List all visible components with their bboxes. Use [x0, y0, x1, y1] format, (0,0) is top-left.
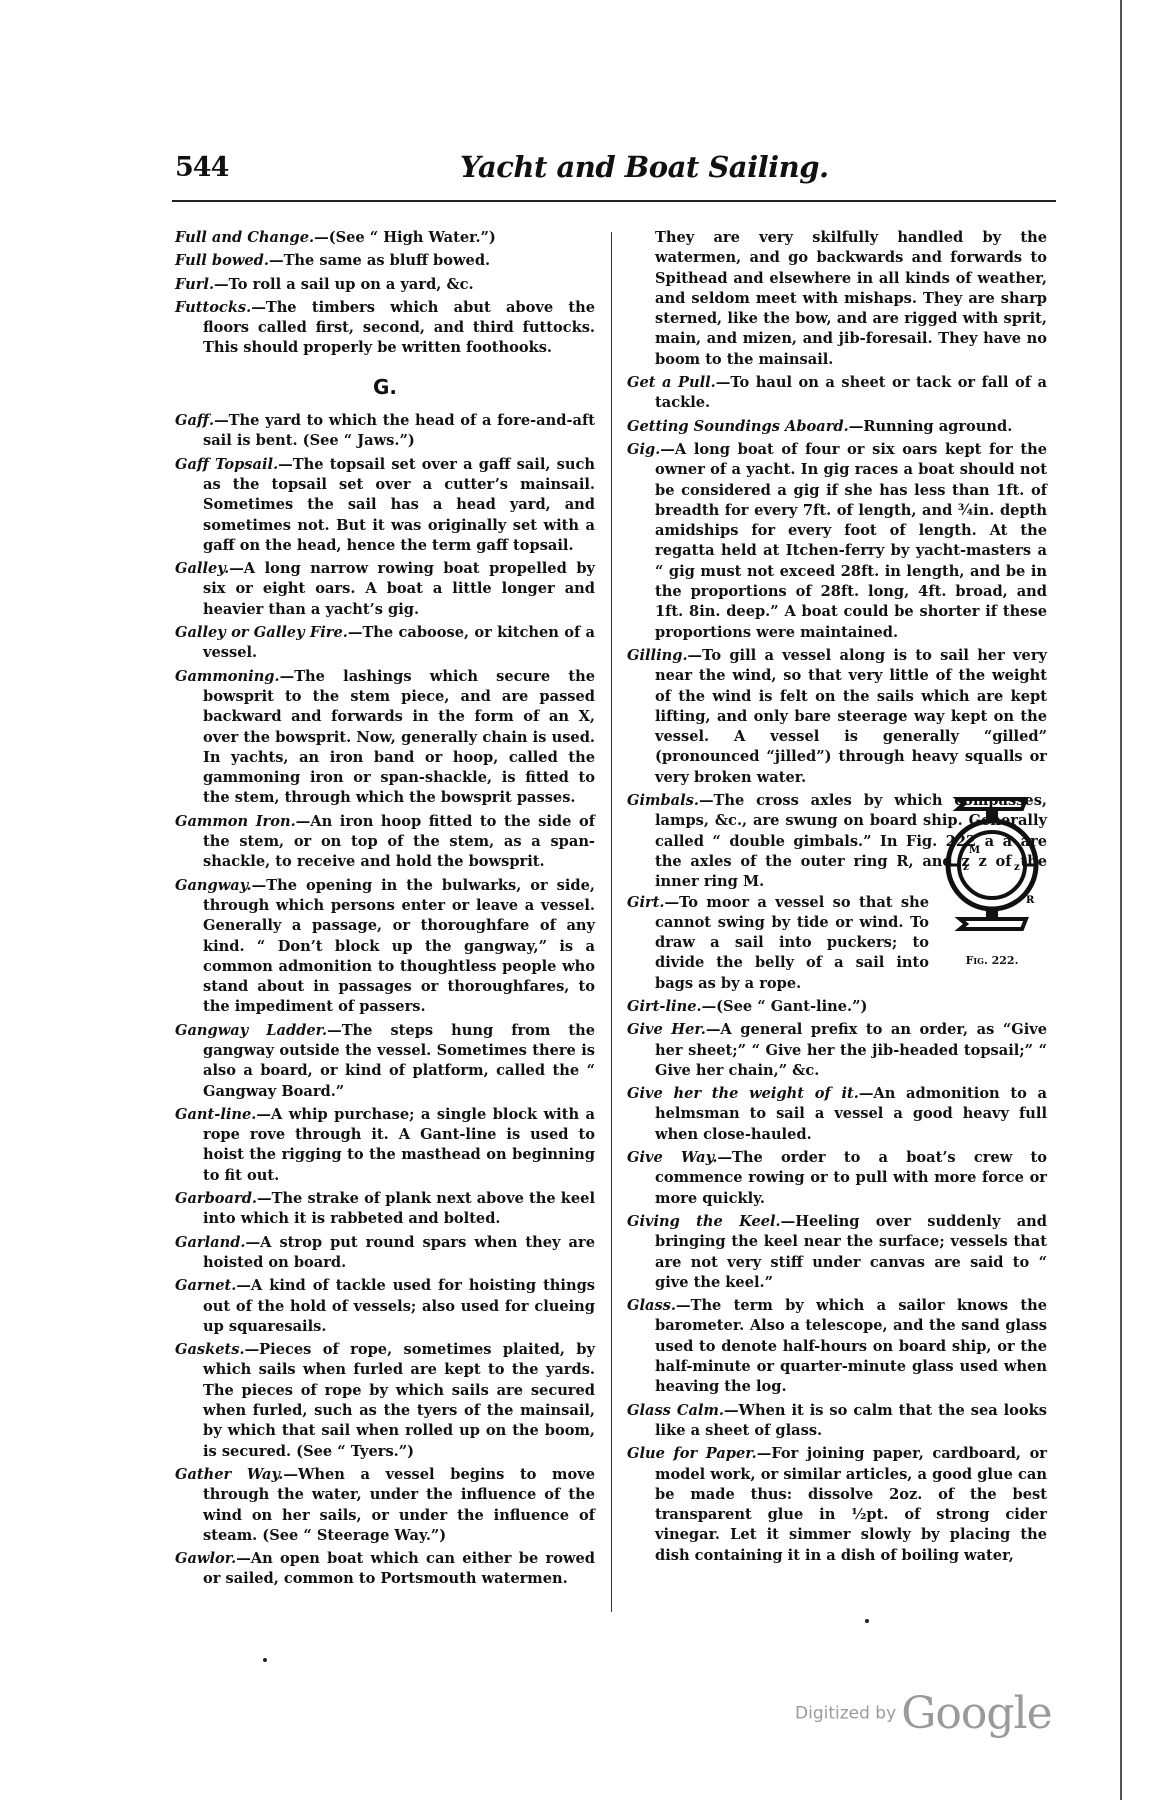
- entry-text: —A general prefix to an order, as “Give …: [655, 1021, 1047, 1079]
- entry-term: Gaff.: [175, 412, 214, 429]
- right-column: They are very skilfully handled by the w…: [627, 228, 1047, 1569]
- entry-text: —To moor a vessel so that she cannot swi…: [655, 894, 929, 992]
- google-logo: Google: [901, 1688, 1051, 1739]
- entry-term: Garboard.: [175, 1190, 257, 1207]
- page-edge-line: [1120, 0, 1122, 1800]
- header-rule: [172, 200, 1056, 202]
- entry-term: Give her the weight of it.: [627, 1085, 859, 1102]
- dictionary-entry: Gant-line.—A whip purchase; a single blo…: [175, 1105, 595, 1186]
- dictionary-entry: Give Way.—The order to a boat’s crew to …: [627, 1148, 1047, 1209]
- entry-term: Gangway.: [175, 877, 252, 894]
- entry-term: Gather Way.: [175, 1466, 283, 1483]
- dictionary-entry: Gilling.—To gill a vessel along is to sa…: [627, 646, 1047, 788]
- entry-term: Furl.: [175, 276, 214, 293]
- entry-text: —To gill a vessel along is to sail her v…: [655, 647, 1047, 786]
- entry-term: Galley or Galley Fire.: [175, 624, 348, 641]
- entry-term: Give Way.: [627, 1149, 717, 1166]
- print-mark: [865, 1619, 869, 1623]
- entry-text: —Pieces of rope, sometimes plaited, by w…: [203, 1341, 595, 1459]
- entry-term: Full bowed.: [175, 252, 269, 269]
- entry-term: Gig.: [627, 441, 660, 458]
- dictionary-entry: Garnet.—A kind of tackle used for hoisti…: [175, 1276, 595, 1337]
- dictionary-entry: Getting Soundings Aboard.—Running agroun…: [627, 417, 1047, 437]
- dictionary-entry: Glue for Paper.—For joining paper, cardb…: [627, 1444, 1047, 1566]
- dictionary-entry: Futtocks.—The timbers which abut above t…: [175, 298, 595, 359]
- dictionary-entry: Glass.—The term by which a sailor knows …: [627, 1296, 1047, 1397]
- dictionary-entry: Gaff.—The yard to which the head of a fo…: [175, 411, 595, 452]
- entry-term: Garnet.: [175, 1277, 236, 1294]
- entry-term: Galley.: [175, 560, 229, 577]
- dictionary-entry: Galley.—A long narrow rowing boat propel…: [175, 559, 595, 620]
- dictionary-entry: Garboard.—The strake of plank next above…: [175, 1189, 595, 1230]
- dictionary-entry: Gammoning.—The lashings which secure the…: [175, 667, 595, 809]
- dictionary-entry: Full bowed.—The same as bluff bowed.: [175, 251, 595, 271]
- dictionary-entry: Glass Calm.—When it is so calm that the …: [627, 1401, 1047, 1442]
- entry-text: —A whip purchase; a single block with a …: [203, 1106, 595, 1184]
- entry-text: —The opening in the bulwarks, or side, t…: [203, 877, 595, 1016]
- entry-text: —(See “ Gant-line.”): [702, 998, 868, 1015]
- section-letter: G.: [175, 377, 595, 397]
- entry-text: —(See “ High Water.”): [314, 229, 496, 246]
- entry-term: Futtocks.: [175, 299, 251, 316]
- entry-term: Gammoning.: [175, 668, 280, 685]
- entry-text: —The timbers which abut above the floors…: [203, 299, 595, 357]
- entry-text: —For joining paper, cardboard, or model …: [655, 1445, 1047, 1563]
- dictionary-entry: Gig.—A long boat of four or six oars kep…: [627, 440, 1047, 643]
- entry-term: Gimbals.: [627, 792, 699, 809]
- entry-term: Glass.: [627, 1297, 676, 1314]
- entry-term: Girt-line.: [627, 998, 702, 1015]
- entry-text: —The strake of plank next above the keel…: [203, 1190, 595, 1227]
- dictionary-entry: Gangway Ladder.—The steps hung from the …: [175, 1021, 595, 1102]
- entry-term: Gangway Ladder.: [175, 1022, 327, 1039]
- entry-text: —A long boat of four or six oars kept fo…: [655, 441, 1047, 641]
- entry-term: Giving the Keel.: [627, 1213, 781, 1230]
- dictionary-entry: Furl.—To roll a sail up on a yard, &c.: [175, 275, 595, 295]
- entry-text: —An open boat which can either be rowed …: [203, 1550, 595, 1587]
- dictionary-entry: Gather Way.—When a vessel begins to move…: [175, 1465, 595, 1546]
- entry-term: Gant-line.: [175, 1106, 256, 1123]
- entry-term: Glass Calm.: [627, 1402, 724, 1419]
- dictionary-entry: Gaskets.—Pieces of rope, sometimes plait…: [175, 1340, 595, 1462]
- entry-term: Get a Pull.: [627, 374, 716, 391]
- entries-b: Girt-line.—(See “ Gant-line.”)Give Her.—…: [627, 997, 1047, 1566]
- dictionary-entry: Giving the Keel.—Heeling over suddenly a…: [627, 1212, 1047, 1293]
- entry-text: —The lashings which secure the bowsprit …: [203, 668, 595, 807]
- entry-term: Gilling.: [627, 647, 688, 664]
- dictionary-entry: Garland.—A strop put round spars when th…: [175, 1233, 595, 1274]
- dictionary-entry: Gaff Topsail.—The topsail set over a gaf…: [175, 455, 595, 556]
- entry-term: Give Her.: [627, 1021, 706, 1038]
- dictionary-entry: Girt-line.—(See “ Gant-line.”): [627, 997, 1047, 1017]
- entry-text: —The term by which a sailor knows the ba…: [655, 1297, 1047, 1395]
- dictionary-entry: Give Her.—A general prefix to an order, …: [627, 1020, 1047, 1081]
- entry-term: Glue for Paper.: [627, 1445, 757, 1462]
- entry-text: —The same as bluff bowed.: [269, 252, 490, 269]
- entry-term: Girt.: [627, 894, 665, 911]
- left-column: Full and Change.—(See “ High Water.”)Ful…: [175, 228, 595, 1593]
- entry-text: —To roll a sail up on a yard, &c.: [214, 276, 474, 293]
- entries-f: Full and Change.—(See “ High Water.”)Ful…: [175, 228, 595, 359]
- entry-text: —A kind of tackle used for hoisting thin…: [203, 1277, 595, 1335]
- entries-g: Gaff.—The yard to which the head of a fo…: [175, 411, 595, 1590]
- entry-term: Getting Soundings Aboard.: [627, 418, 849, 435]
- page-header: 544 Yacht and Boat Sailing.: [175, 150, 1055, 190]
- entry-text: —Running aground.: [849, 418, 1013, 435]
- dictionary-entry: Get a Pull.—To haul on a sheet or tack o…: [627, 373, 1047, 414]
- entry-term: Gammon Iron.: [175, 813, 296, 830]
- entry-term: Full and Change.: [175, 229, 314, 246]
- figure-caption: Fig. 222.: [937, 951, 1047, 971]
- continuation-text: They are very skilfully handled by the w…: [627, 228, 1047, 370]
- dictionary-entry: Gawlor.—An open boat which can either be…: [175, 1549, 595, 1590]
- watermark-prefix: Digitized by: [795, 1704, 896, 1724]
- entry-term: Gawlor.: [175, 1550, 236, 1567]
- page-number: 544: [175, 152, 228, 183]
- entry-text: —A strop put round spars when they are h…: [203, 1234, 595, 1271]
- dictionary-entry: Full and Change.—(See “ High Water.”): [175, 228, 595, 248]
- entry-text: —The yard to which the head of a fore-an…: [203, 412, 595, 449]
- entry-term: Gaff Topsail.: [175, 456, 278, 473]
- dictionary-entry: Galley or Galley Fire.—The caboose, or k…: [175, 623, 595, 664]
- digitized-watermark: Digitized by Google: [795, 1688, 1052, 1739]
- entry-term: Garland.: [175, 1234, 246, 1251]
- entries-a: Get a Pull.—To haul on a sheet or tack o…: [627, 373, 1047, 788]
- dictionary-entry: Gangway.—The opening in the bulwarks, or…: [175, 876, 595, 1018]
- entry-text: —A long narrow rowing boat propelled by …: [203, 560, 595, 618]
- column-divider: [611, 232, 612, 1612]
- dictionary-entry: Gammon Iron.—An iron hoop fitted to the …: [175, 812, 595, 873]
- print-mark: [263, 1658, 267, 1662]
- entry-term: Gaskets.: [175, 1341, 245, 1358]
- running-title: Yacht and Boat Sailing.: [460, 150, 829, 184]
- dictionary-entry: Give her the weight of it.—An admonition…: [627, 1084, 1047, 1145]
- svg-text:R: R: [1026, 895, 1035, 906]
